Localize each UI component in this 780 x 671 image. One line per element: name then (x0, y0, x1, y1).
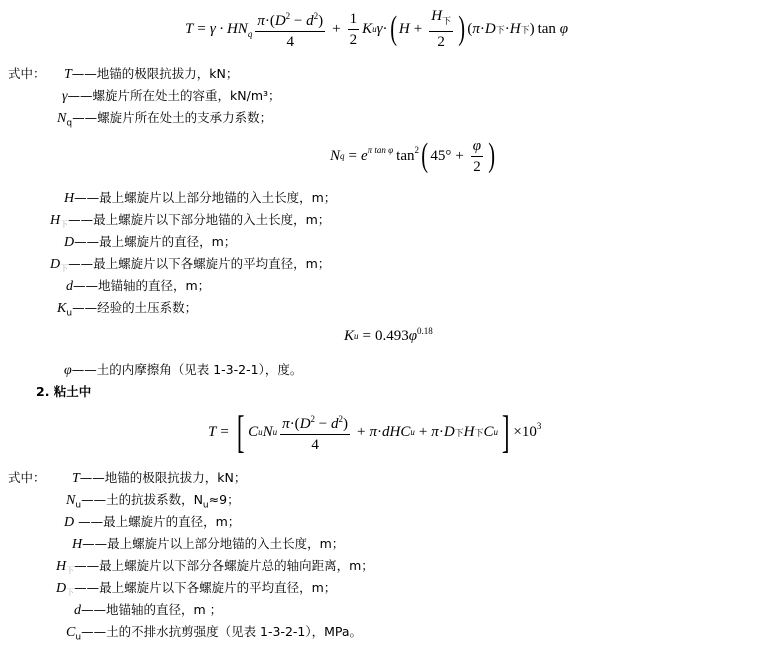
definition-gamma: γ——螺旋片所在处土的容重，kN/m³； (62, 85, 281, 108)
definition2-T: T——地锚的极限抗拔力，kN； (72, 467, 246, 490)
symbol-T: T (185, 21, 193, 38)
definition2-H: H——最上螺旋片以上部分地锚的入土长度，m； (72, 533, 344, 556)
definition2-Cu: Cu——土的不排水抗剪强度（见表 1-3-2-1），MPa。 (66, 621, 362, 649)
fraction-half: 1 2 (348, 10, 360, 49)
definition-d: d——地锚轴的直径，m； (66, 275, 210, 298)
definition2-d: d——地锚轴的直径，m ； (74, 599, 222, 622)
denominator: 4 (286, 32, 294, 51)
formula-Ku: Ku = 0.493φ0.18 (344, 326, 433, 346)
subscript-q: q (248, 29, 253, 39)
definition2-D: D ——最上螺旋片的直径，m； (64, 511, 240, 534)
intro-label-2: 式中： (8, 467, 46, 489)
definition-T: T——地锚的极限抗拔力，kN； (64, 63, 238, 86)
definition-D: D——最上螺旋片的直径，m； (64, 231, 236, 254)
denominator: 2 (350, 30, 358, 49)
definition-Nq: Nq——螺旋片所在处土的支承力系数； (57, 107, 272, 135)
intro-label: 式中： (8, 63, 46, 85)
definition-Ku: Ku——经验的土压系数； (57, 297, 197, 325)
definition-phi: φ——土的内摩擦角（见表 1-3-2-1），度。 (64, 359, 302, 382)
fraction-area: π·(D2 − d2) 4 (255, 7, 325, 51)
formula-uplift-clay: T = [ Cu Nu π·(D2 − d2)4 +π·dHCu +π·D下H下… (208, 404, 541, 460)
definition-H: H——最上螺旋片以上部分地锚的入土长度，m； (64, 187, 336, 210)
formula-uplift-sand: T = γ · HNq π·(D2 − d2) 4 + 1 2 Kuγ· ( H… (185, 4, 568, 54)
formula-Nq: Nq = eπ tan φ tan2 ( 45° + φ2 ) (330, 134, 497, 178)
section-heading-clay: 2. 粘土中 (36, 381, 91, 403)
numerator: 1 (348, 10, 360, 30)
